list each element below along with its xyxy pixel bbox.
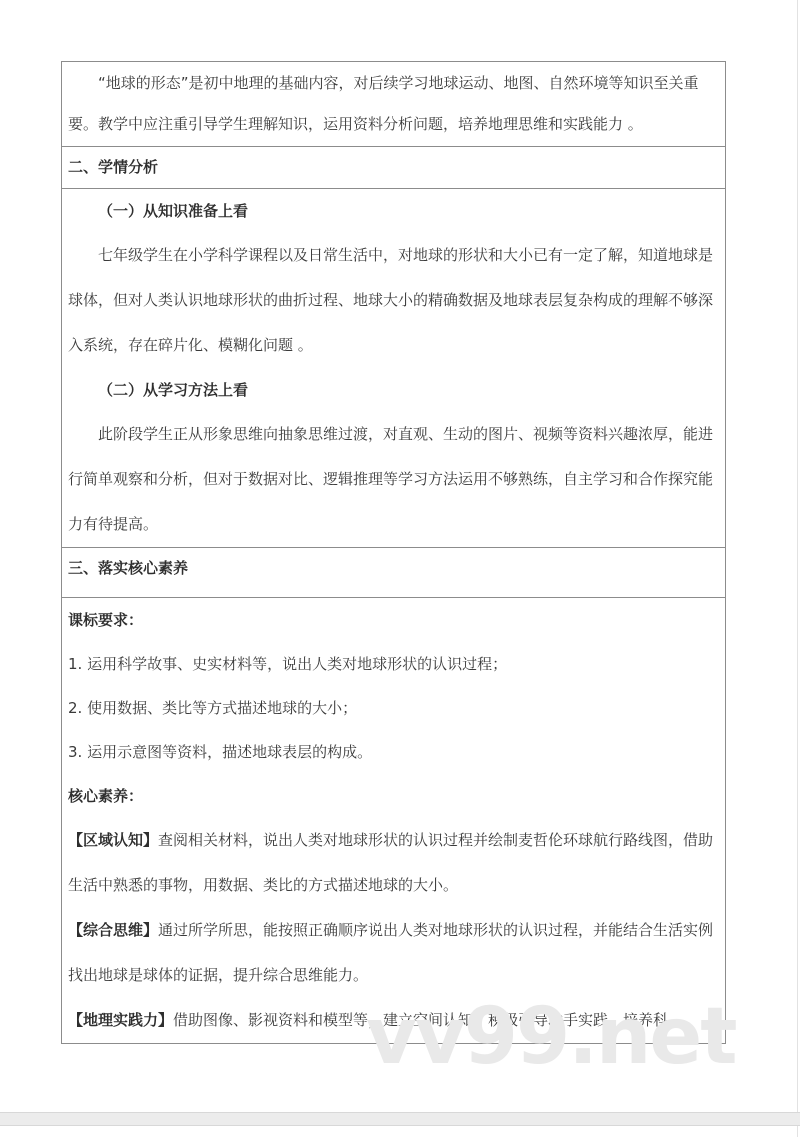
- section2-body-row: （一）从知识准备上看 七年级学生在小学科学课程以及日常生活中，对地球的形状和大小…: [62, 189, 726, 548]
- curriculum-item-2: 2. 使用数据、类比等方式描述地球的大小；: [68, 686, 719, 730]
- core-item-regional-cognition: 【区域认知】查阅相关材料，说出人类对地球形状的认识过程并绘制麦哲伦环球航行路线图…: [68, 818, 719, 908]
- section3-body-row: 课标要求： 1. 运用科学故事、史实材料等，说出人类对地球形状的认识过程； 2.…: [62, 598, 726, 1044]
- section3-body-cell: 课标要求： 1. 运用科学故事、史实材料等，说出人类对地球形状的认识过程； 2.…: [62, 598, 726, 1044]
- section2-title: 二、学情分析: [68, 147, 719, 188]
- section2-body-cell: （一）从知识准备上看 七年级学生在小学科学课程以及日常生活中，对地球的形状和大小…: [62, 189, 726, 548]
- section2-header-cell: 二、学情分析: [62, 147, 726, 189]
- document-page: “地球的形态”是初中地理的基础内容，对后续学习地球运动、地图、自然环境等知识至关…: [0, 0, 798, 1112]
- section2-header-row: 二、学情分析: [62, 147, 726, 189]
- core-item-text: 查阅相关材料，说出人类对地球形状的认识过程并绘制麦哲伦环球航行路线图，借助生活中…: [68, 831, 713, 894]
- section3-title: 三、落实核心素养: [68, 548, 719, 589]
- curriculum-item-3: 3. 运用示意图等资料，描述地球表层的构成。: [68, 730, 719, 774]
- curriculum-label: 课标要求：: [68, 598, 719, 642]
- core-item-tag: 【综合思维】: [68, 921, 158, 939]
- curriculum-item-1: 1. 运用科学故事、史实材料等，说出人类对地球形状的认识过程；: [68, 642, 719, 686]
- core-item-tag: 【地理实践力】: [68, 1011, 173, 1029]
- core-item-text: 通过所学所思，能按照正确顺序说出人类对地球形状的认识过程，并能结合生活实例找出地…: [68, 921, 713, 984]
- intro-row: “地球的形态”是初中地理的基础内容，对后续学习地球运动、地图、自然环境等知识至关…: [62, 62, 726, 147]
- sub2-title: （二）从学习方法上看: [68, 368, 719, 412]
- core-item-tag: 【区域认知】: [68, 831, 158, 849]
- core-item-geo-practice: 【地理实践力】借助图像、影视资料和模型等，建立空间认知；积极引导动手实践，培养科: [68, 998, 719, 1043]
- intro-cell: “地球的形态”是初中地理的基础内容，对后续学习地球运动、地图、自然环境等知识至关…: [62, 62, 726, 147]
- core-item-integrated-thinking: 【综合思维】通过所学所思，能按照正确顺序说出人类对地球形状的认识过程，并能结合生…: [68, 908, 719, 998]
- sub1-paragraph: 七年级学生在小学科学课程以及日常生活中，对地球的形状和大小已有一定了解，知道地球…: [68, 233, 719, 368]
- core-item-text: 借助图像、影视资料和模型等，建立空间认知；积极引导动手实践，培养科: [173, 1011, 668, 1029]
- page-separator: [0, 1112, 800, 1126]
- section3-header-row: 三、落实核心素养: [62, 548, 726, 598]
- section3-header-cell: 三、落实核心素养: [62, 548, 726, 598]
- sub2-paragraph: 此阶段学生正从形象思维向抽象思维过渡，对直观、生动的图片、视频等资料兴趣浓厚，能…: [68, 412, 719, 547]
- lesson-plan-table: “地球的形态”是初中地理的基础内容，对后续学习地球运动、地图、自然环境等知识至关…: [61, 61, 726, 1044]
- core-literacy-label: 核心素养：: [68, 774, 719, 818]
- intro-paragraph: “地球的形态”是初中地理的基础内容，对后续学习地球运动、地图、自然环境等知识至关…: [68, 62, 719, 145]
- next-page-top: [0, 1126, 798, 1137]
- sub1-title: （一）从知识准备上看: [68, 189, 719, 233]
